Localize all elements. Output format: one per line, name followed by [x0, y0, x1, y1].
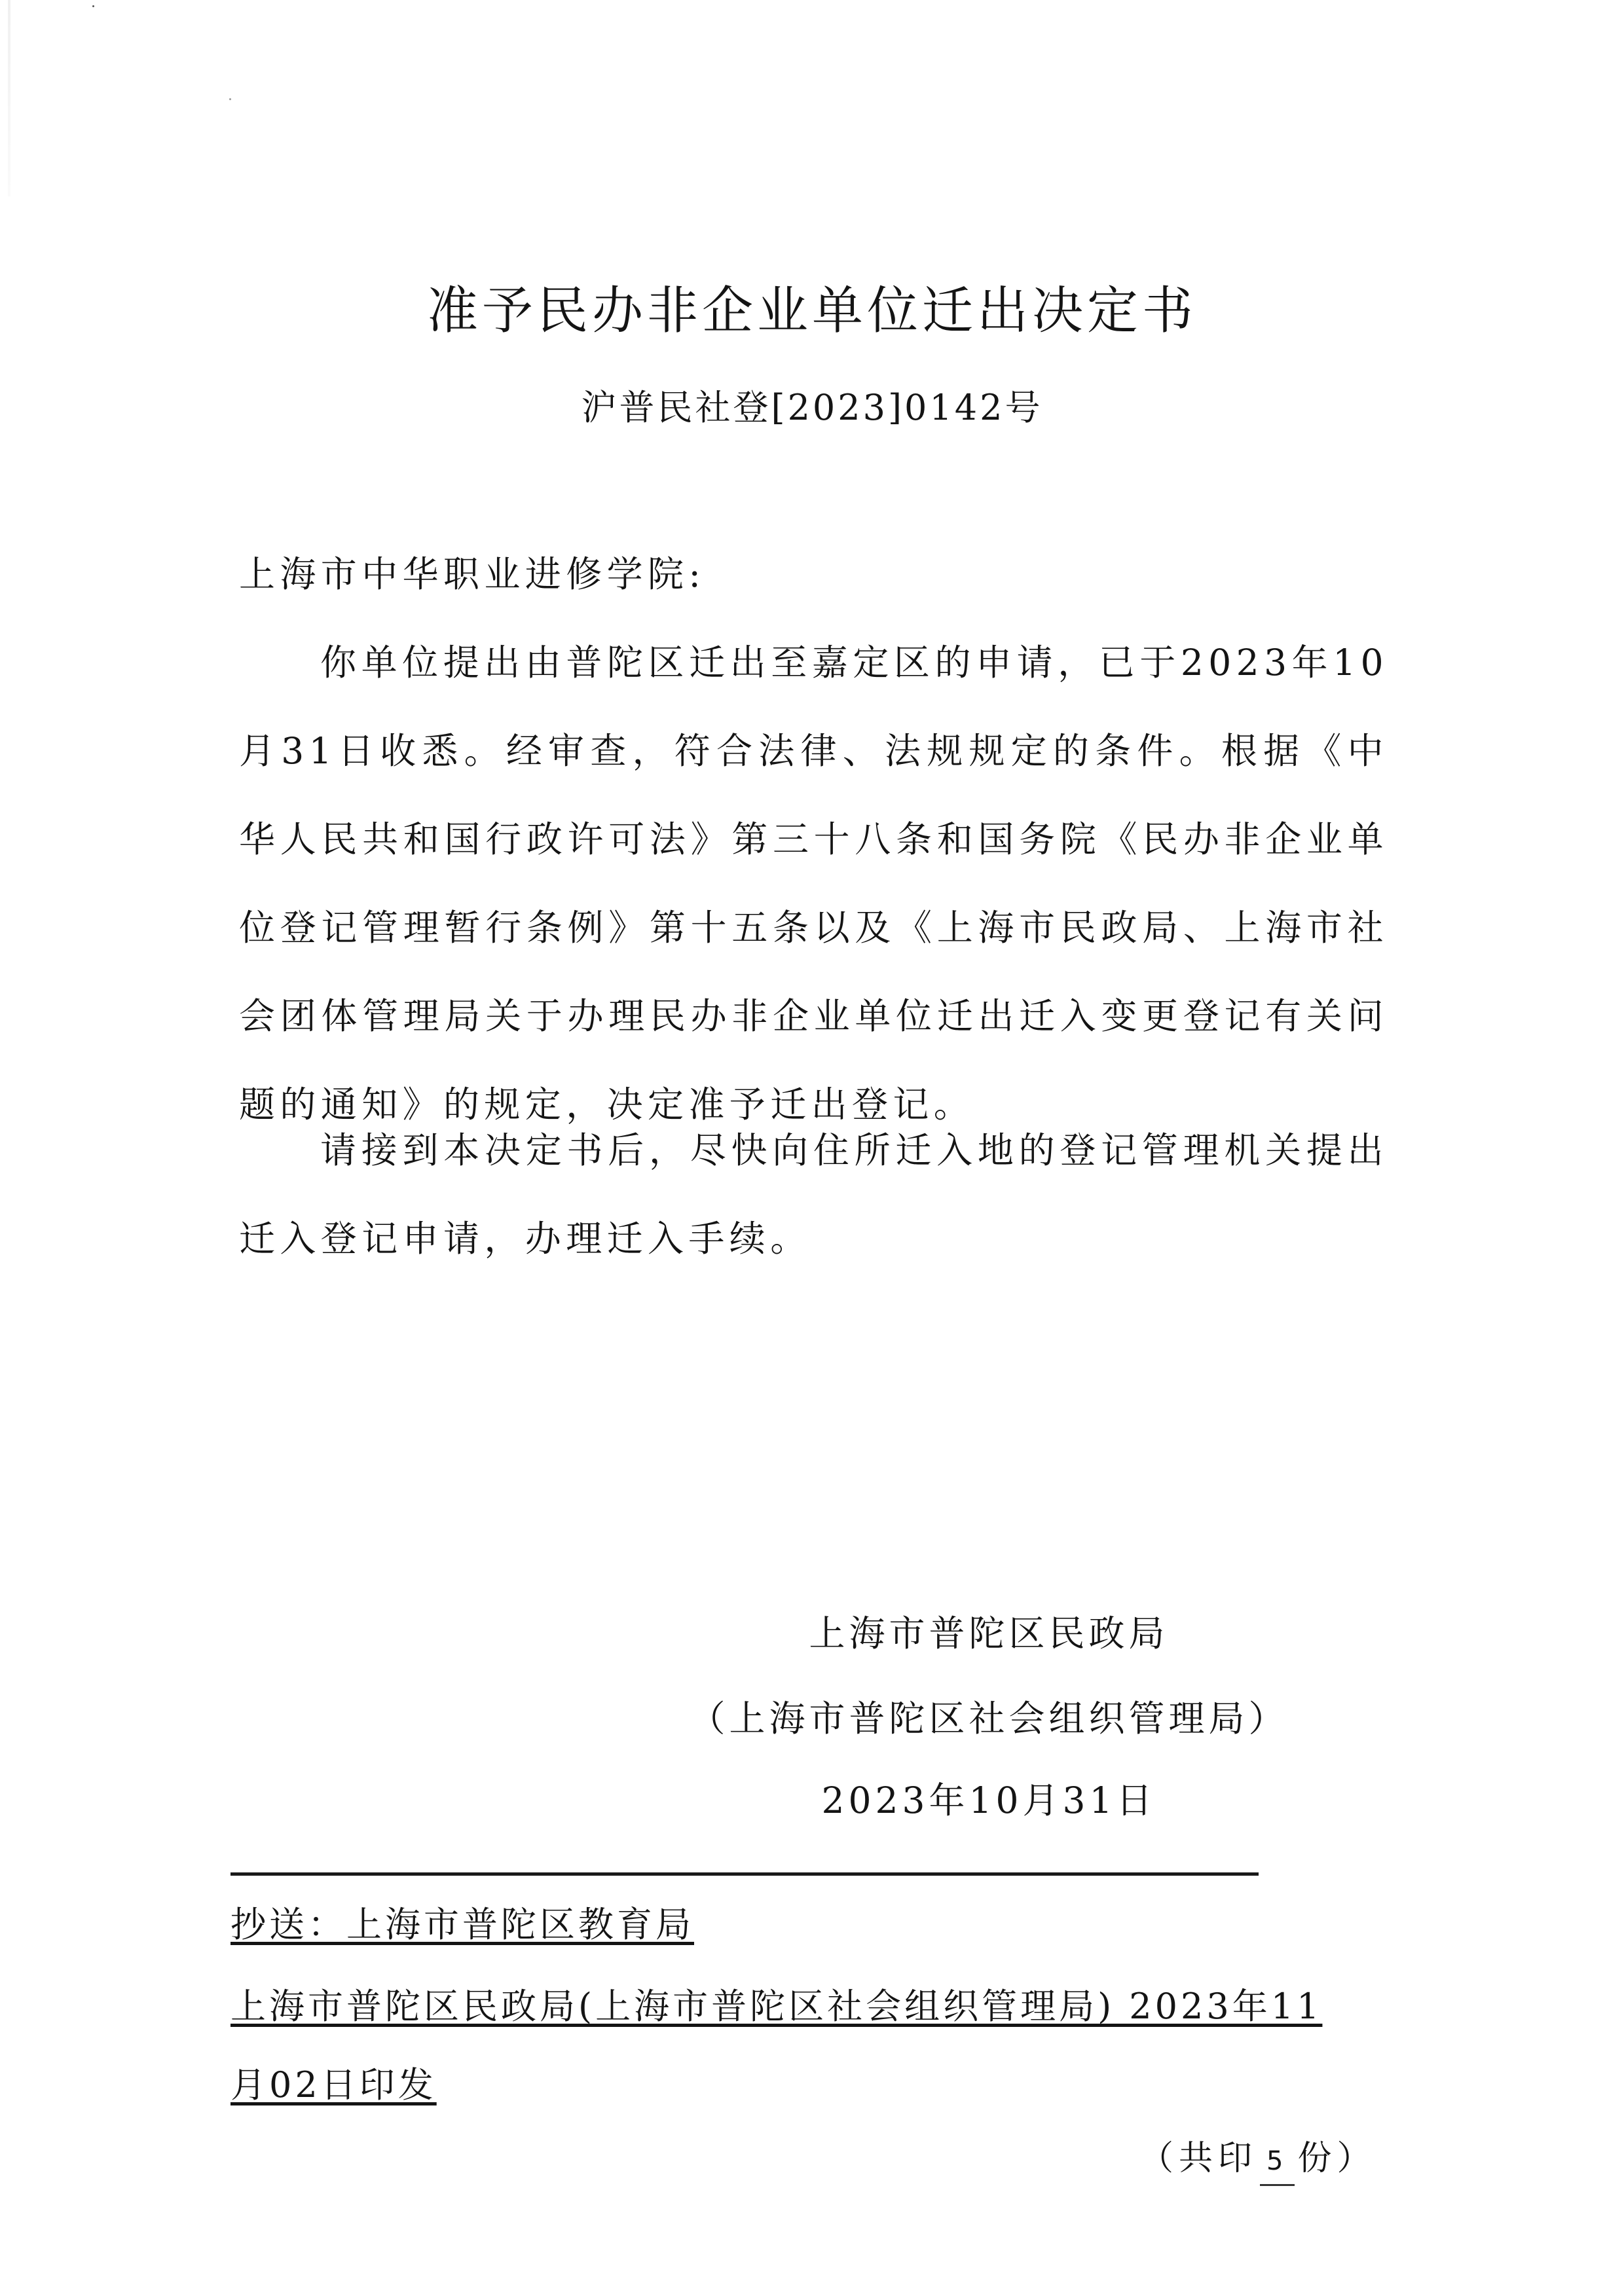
copies-suffix: 份）	[1297, 2139, 1376, 2178]
scan-speck	[229, 98, 231, 100]
document-title: 准予民办非企业单位迁出决定书	[0, 278, 1624, 344]
printed-by-text-1: 上海市普陀区民政局(上海市普陀区社会组织管理局) 2023年11	[231, 1986, 1322, 2027]
printed-by-text-2: 月02日印发	[231, 2064, 437, 2105]
scan-speck	[92, 5, 94, 7]
cc-line: 抄送：上海市普陀区教育局	[231, 1899, 694, 1951]
body-paragraph-instruction: 请接到本决定书后，尽快向住所迁入地的登记管理机关提出迁入登记申请，办理迁入手续。	[239, 1106, 1388, 1283]
printed-by-line-2: 月02日印发	[231, 2059, 437, 2111]
scan-edge-artifact	[8, 0, 10, 196]
document-number: 沪普民社登[2023]0142号	[0, 382, 1624, 434]
issue-date: 2023年10月31日	[589, 1774, 1388, 1827]
copies-prefix: （共印	[1139, 2139, 1257, 2178]
footer-divider	[231, 1872, 1259, 1876]
cc-text: 抄送：上海市普陀区教育局	[231, 1904, 694, 1945]
copies-count-note: （共印5份）	[1139, 2136, 1376, 2186]
printed-by-line-1: 上海市普陀区民政局(上海市普陀区社会组织管理局) 2023年11	[231, 1980, 1322, 2033]
issuer-alias: （上海市普陀区社会组织管理局）	[589, 1692, 1388, 1745]
body-paragraph-decision: 你单位提出由普陀区迁出至嘉定区的申请，已于2023年10月31日收悉。经审查，符…	[239, 619, 1388, 1149]
issuer-name: 上海市普陀区民政局	[589, 1607, 1388, 1660]
salutation: 上海市中华职业进修学院:	[239, 530, 1388, 619]
copies-count: 5	[1260, 2138, 1295, 2186]
